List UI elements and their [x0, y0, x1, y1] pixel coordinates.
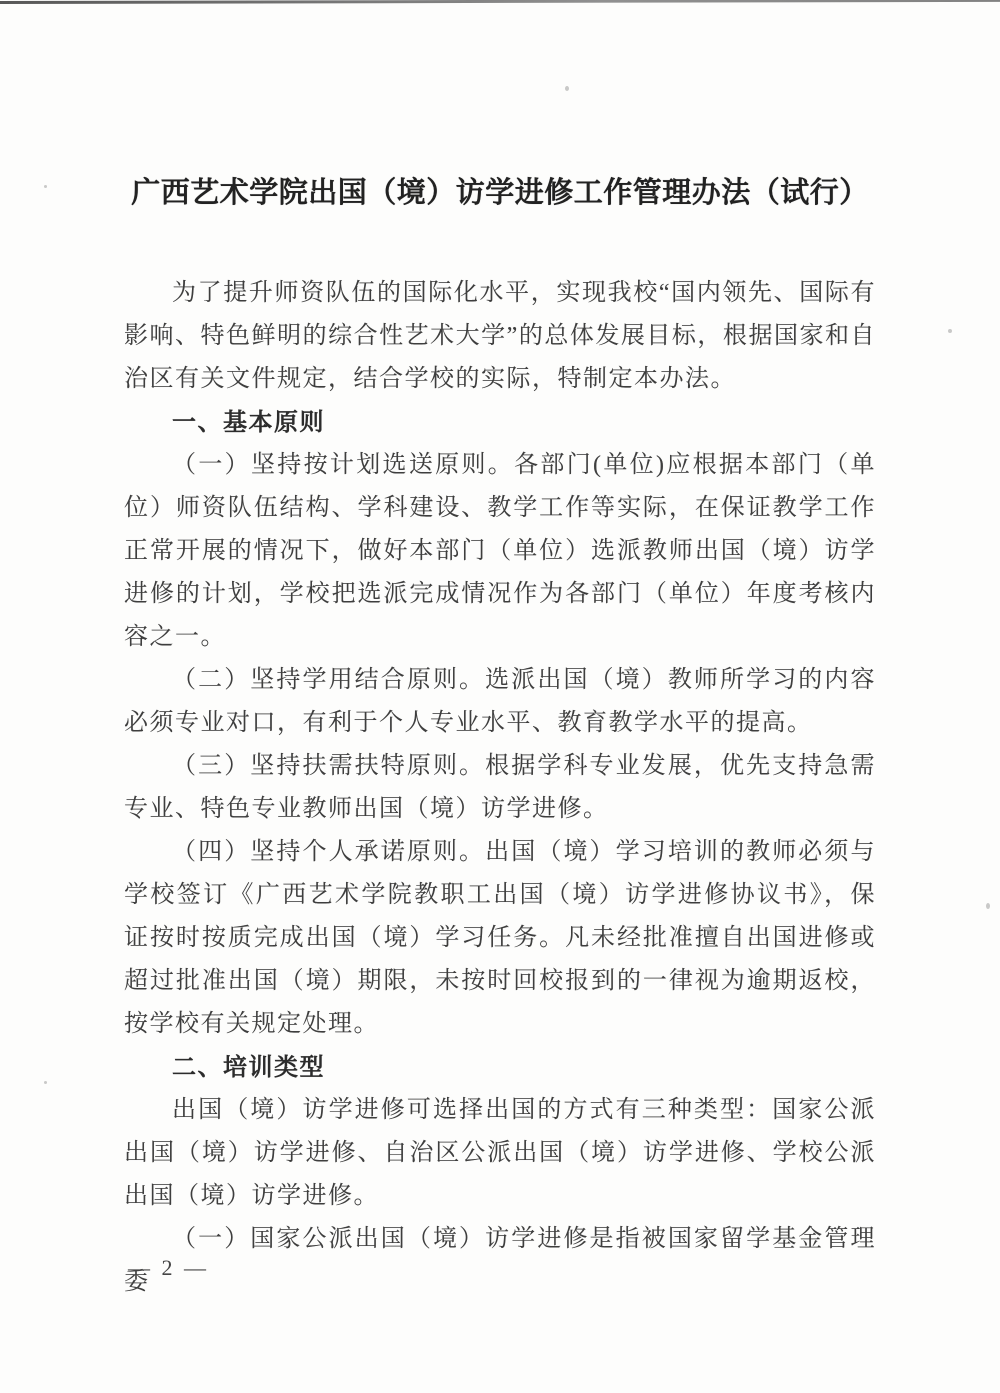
clause-2-1: （一）国家公派出国（境）访学进修是指被国家留学基金管理委 [124, 1218, 876, 1304]
scan-noise-speck [44, 1081, 47, 1084]
document-body: 为了提升师资队伍的国际化水平，实现我校“国内领先、国际有影响、特色鲜明的综合性艺… [124, 272, 876, 1304]
clause-1-1: （一）坚持按计划选送原则。各部门(单位)应根据本部门（单位）师资队伍结构、学科建… [124, 444, 876, 659]
scan-noise-speck [948, 329, 952, 333]
section-2-intro: 出国（境）访学进修可选择出国的方式有三种类型：国家公派出国（境）访学进修、自治区… [124, 1089, 876, 1218]
document-title: 广西艺术学院出国（境）访学进修工作管理办法（试行） [124, 170, 876, 216]
section-2-heading: 二、培训类型 [124, 1046, 876, 1089]
intro-paragraph: 为了提升师资队伍的国际化水平，实现我校“国内领先、国际有影响、特色鲜明的综合性艺… [124, 272, 876, 401]
scan-noise-speck [44, 185, 47, 188]
document-content: 广西艺术学院出国（境）访学进修工作管理办法（试行） 为了提升师资队伍的国际化水平… [124, 0, 876, 1304]
page-number: — 2 — [128, 1255, 209, 1281]
section-1-heading: 一、基本原则 [124, 401, 876, 444]
scanned-document-page: 广西艺术学院出国（境）访学进修工作管理办法（试行） 为了提升师资队伍的国际化水平… [0, 0, 1000, 1393]
scan-noise-speck [986, 903, 990, 909]
clause-1-3: （三）坚持扶需扶特原则。根据学科专业发展，优先支持急需专业、特色专业教师出国（境… [124, 745, 876, 831]
clause-1-2: （二）坚持学用结合原则。选派出国（境）教师所学习的内容必须专业对口，有利于个人专… [124, 659, 876, 745]
clause-1-4: （四）坚持个人承诺原则。出国（境）学习培训的教师必须与学校签订《广西艺术学院教职… [124, 831, 876, 1046]
